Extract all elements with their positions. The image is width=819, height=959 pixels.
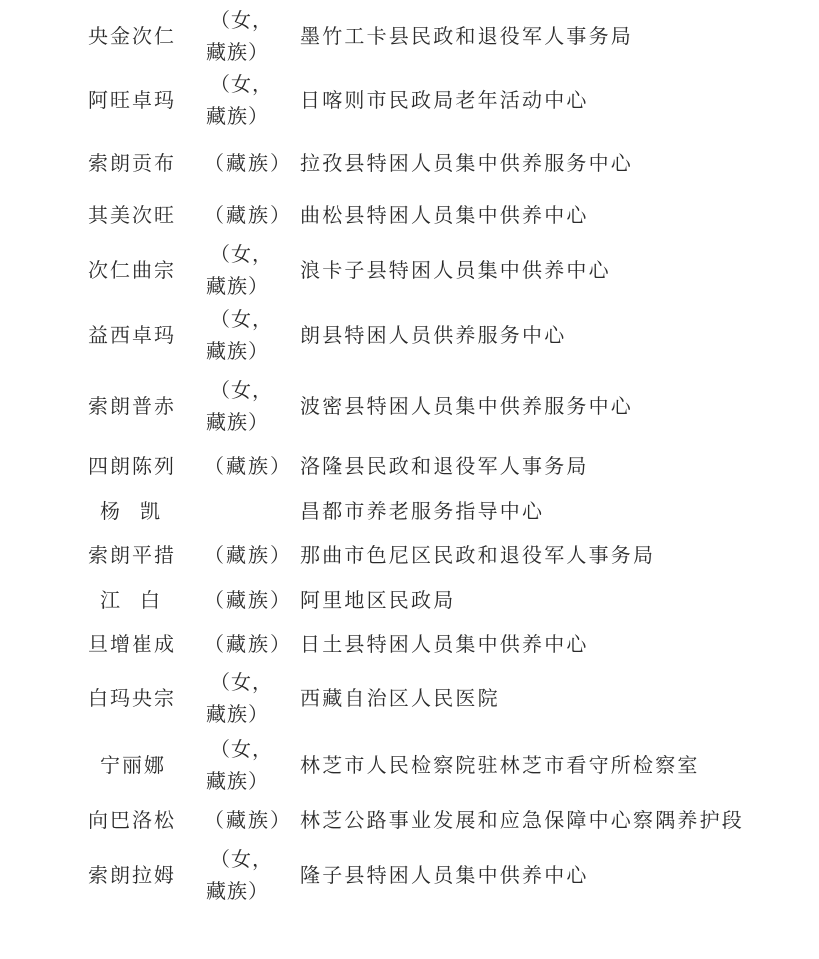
organization: 洛隆县民政和退役军人事务局 (300, 454, 589, 478)
person-name: 益西卓玛 (88, 323, 183, 347)
person-name: 次仁曲宗 (88, 258, 183, 282)
ethnicity-note: （藏族） (204, 588, 292, 612)
organization: 林芝市人民检察院驻林芝市看守所检察室 (300, 753, 700, 777)
ethnicity-line-1: （女， (206, 4, 273, 36)
ethnicity-note: （女，藏族） (206, 843, 273, 907)
person-name: 宁丽娜 (100, 753, 195, 777)
ethnicity-line-1: （女， (206, 374, 273, 406)
ethnicity-line-2: 藏族） (206, 698, 273, 730)
organization: 朗县特困人员供养服务中心 (300, 323, 566, 347)
organization: 拉孜县特困人员集中供养服务中心 (300, 151, 633, 175)
ethnicity-note: （女，藏族） (206, 68, 273, 132)
ethnicity-note: （藏族） (204, 203, 292, 227)
organization: 昌都市养老服务指导中心 (300, 499, 544, 523)
organization: 那曲市色尼区民政和退役军人事务局 (300, 543, 655, 567)
ethnicity-line-1: （女， (206, 666, 273, 698)
person-name: 四朗陈列 (88, 454, 183, 478)
ethnicity-note: （藏族） (204, 808, 292, 832)
person-name: 索朗贡布 (88, 151, 183, 175)
organization: 隆子县特困人员集中供养中心 (300, 863, 589, 887)
ethnicity-line-2: 藏族） (206, 765, 273, 797)
person-name: 白玛央宗 (88, 686, 183, 710)
ethnicity-line-2: 藏族） (206, 406, 273, 438)
organization: 波密县特困人员集中供养服务中心 (300, 394, 633, 418)
organization: 西藏自治区人民医院 (300, 686, 500, 710)
person-name: 其美次旺 (88, 203, 183, 227)
ethnicity-line-1: （女， (206, 238, 273, 270)
ethnicity-line-1: （女， (206, 733, 273, 765)
person-name: 旦增崔成 (88, 632, 183, 656)
person-name: 索朗普赤 (88, 394, 183, 418)
ethnicity-note: （藏族） (204, 543, 292, 567)
ethnicity-note: （女，藏族） (206, 733, 273, 797)
ethnicity-note: （女，藏族） (206, 303, 273, 367)
ethnicity-line-2: 藏族） (206, 36, 273, 68)
ethnicity-note: （藏族） (204, 632, 292, 656)
person-name: 江 白 (100, 588, 195, 612)
organization: 阿里地区民政局 (300, 588, 455, 612)
ethnicity-line-2: 藏族） (206, 270, 273, 302)
organization: 林芝公路事业发展和应急保障中心察隅养护段 (300, 808, 744, 832)
organization: 日喀则市民政局老年活动中心 (300, 88, 589, 112)
ethnicity-note: （女，藏族） (206, 4, 273, 68)
organization: 日土县特困人员集中供养中心 (300, 632, 589, 656)
ethnicity-line-1: （女， (206, 303, 273, 335)
person-name: 向巴洛松 (88, 808, 183, 832)
ethnicity-note: （女，藏族） (206, 666, 273, 730)
ethnicity-line-1: （女， (206, 68, 273, 100)
person-name: 阿旺卓玛 (88, 88, 183, 112)
organization: 曲松县特困人员集中供养中心 (300, 203, 589, 227)
ethnicity-line-2: 藏族） (206, 335, 273, 367)
person-name: 杨 凯 (100, 499, 195, 523)
person-name: 索朗平措 (88, 543, 183, 567)
person-name: 索朗拉姆 (88, 863, 183, 887)
ethnicity-note: （藏族） (204, 454, 292, 478)
ethnicity-note: （藏族） (204, 151, 292, 175)
organization: 浪卡子县特困人员集中供养中心 (300, 258, 611, 282)
ethnicity-line-1: （女， (206, 843, 273, 875)
ethnicity-note: （女，藏族） (206, 238, 273, 302)
organization: 墨竹工卡县民政和退役军人事务局 (300, 24, 633, 48)
person-name: 央金次仁 (88, 24, 183, 48)
ethnicity-note: （女，藏族） (206, 374, 273, 438)
ethnicity-line-2: 藏族） (206, 100, 273, 132)
ethnicity-line-2: 藏族） (206, 875, 273, 907)
